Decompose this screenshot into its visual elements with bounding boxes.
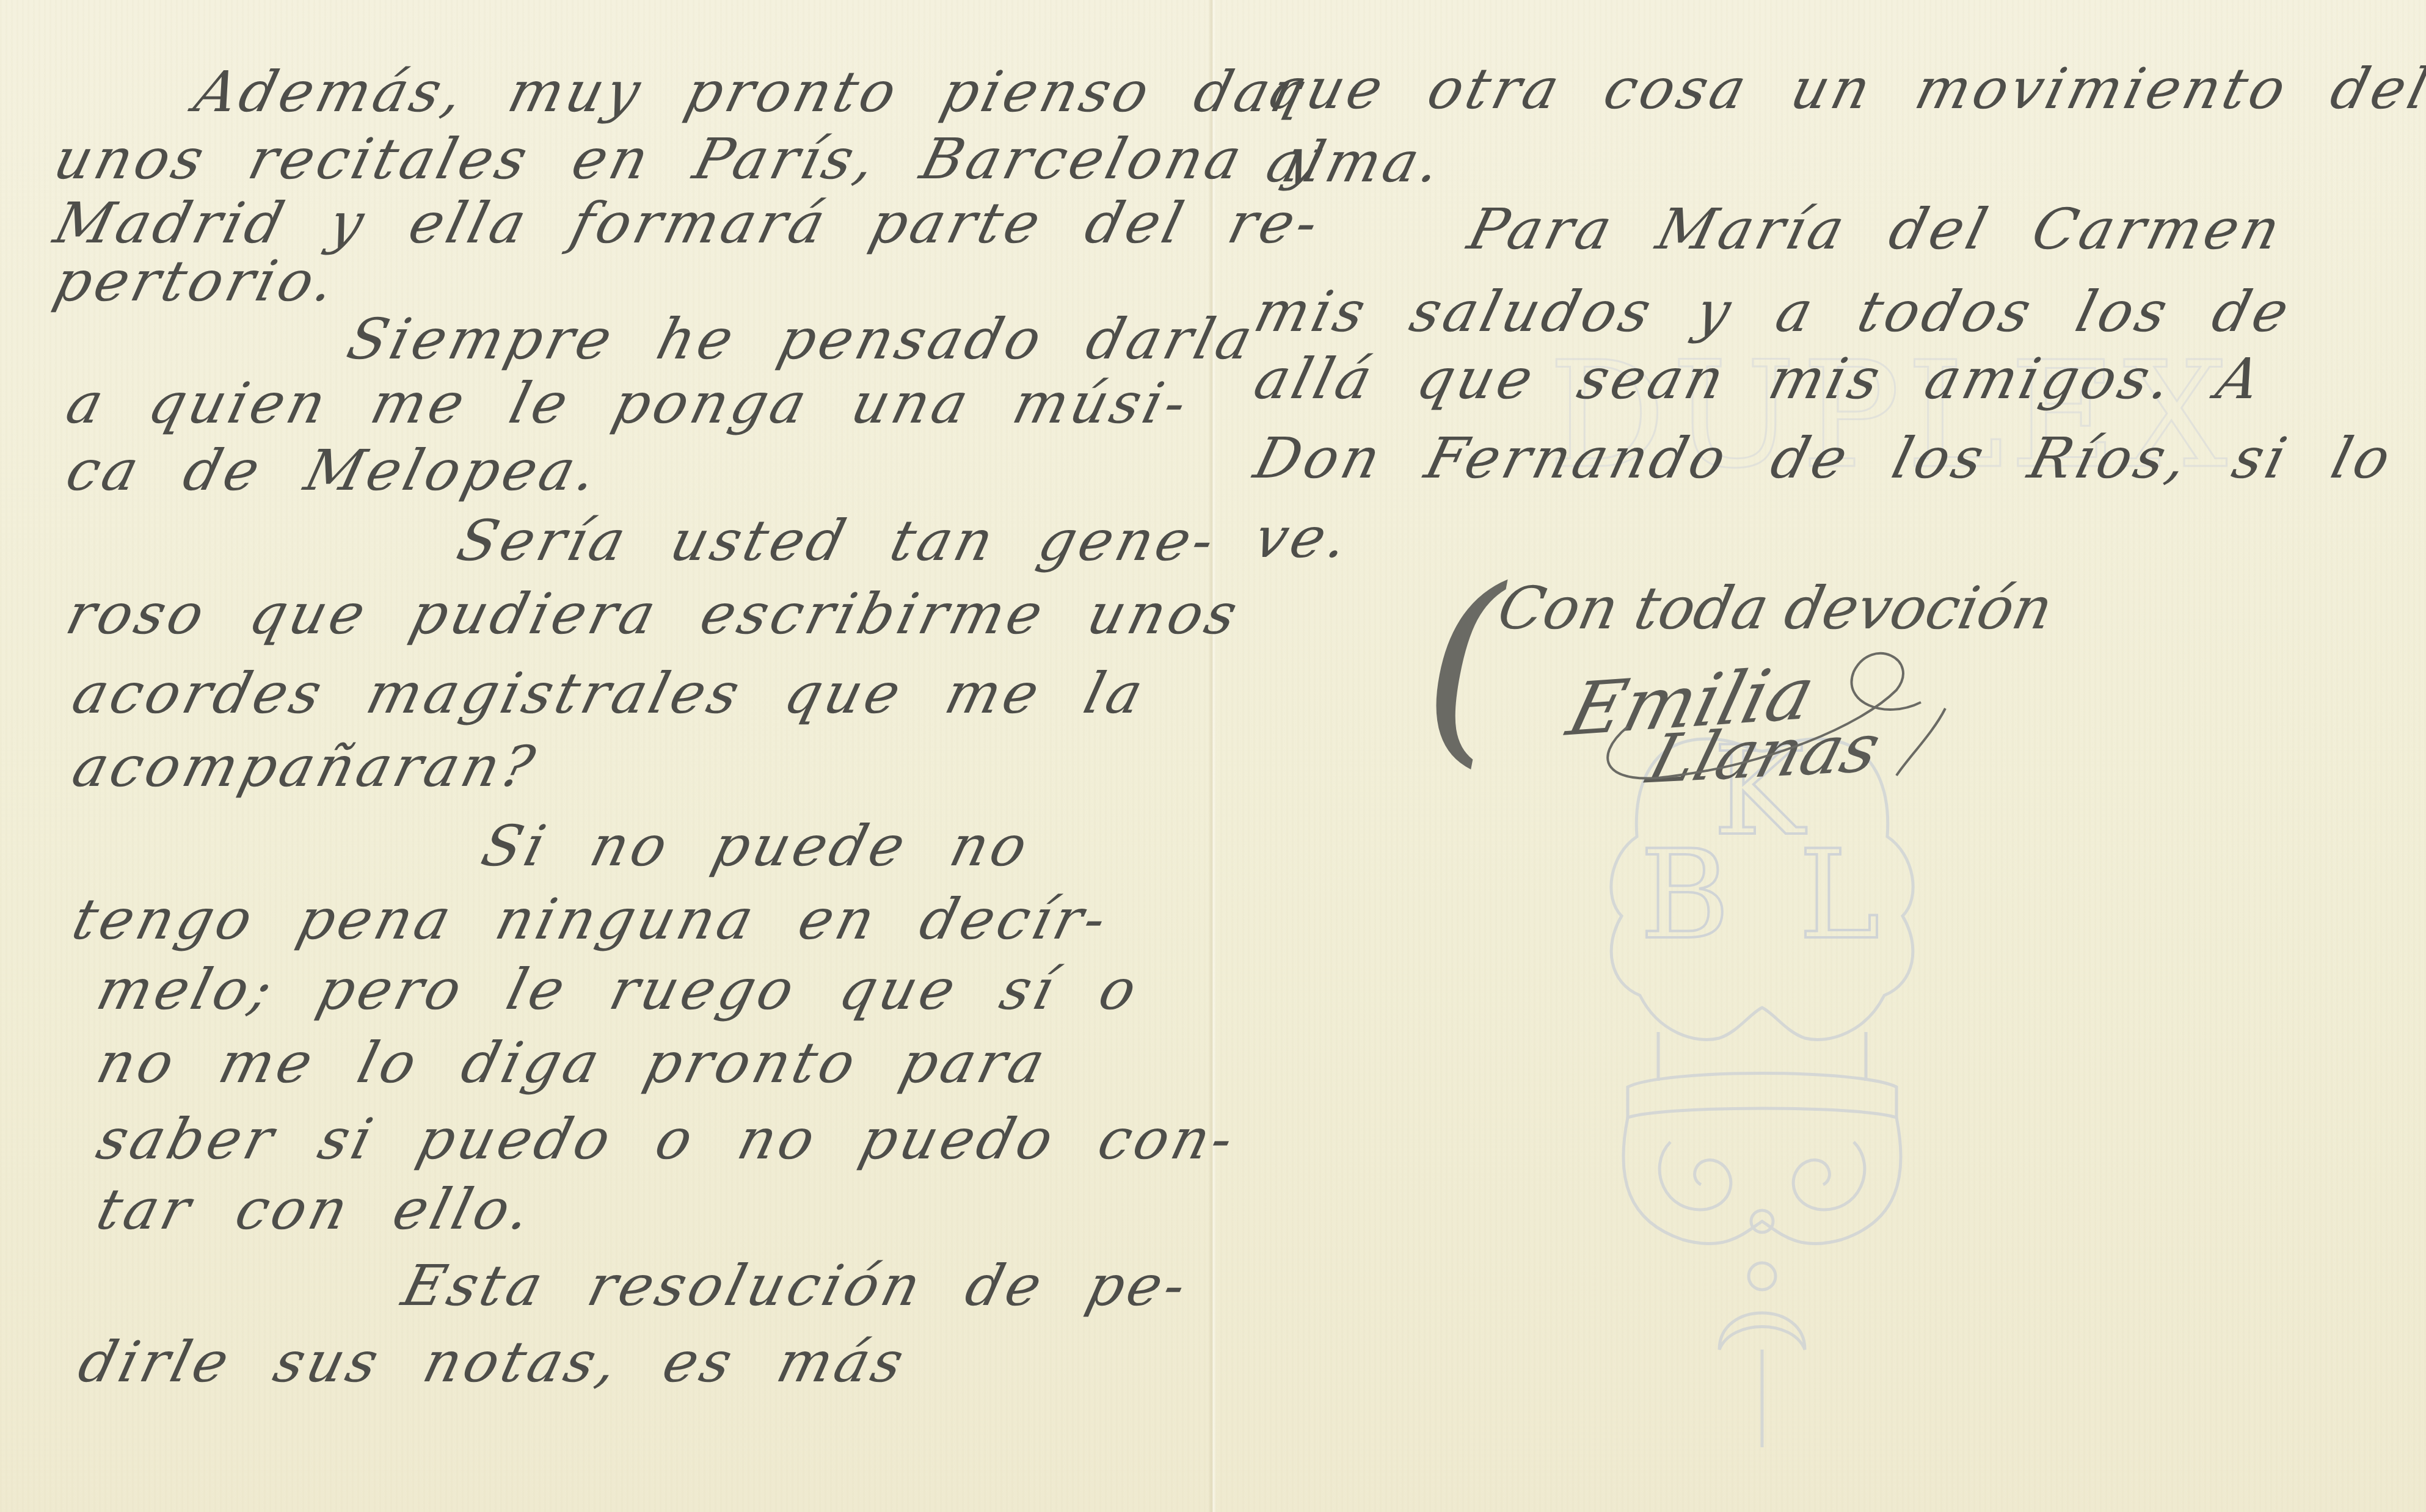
text-line: Para María del Carmen (1463, 202, 2289, 258)
text-line: Don Fernando de los Ríos, si lo (1249, 431, 2399, 487)
text-line: mis saludos y a todos los de (1249, 284, 2298, 340)
text-line: Además, muy pronto pienso dar (189, 64, 1310, 120)
text-line: ve. (1249, 510, 1357, 566)
text-line: acordes magistrales que me la (67, 666, 1151, 722)
text-line: alma. (1261, 134, 1450, 191)
text-line: no me lo diga pronto para (92, 1035, 1054, 1091)
text-line: Madrid y ella formará parte del re- (49, 195, 1327, 252)
right-page: DUPLEX K B L que otra cosa un movimiento… (1212, 0, 2426, 1512)
text-line: dirle sus notas, es más (73, 1334, 912, 1390)
text-line: roso que pudiera escribirme unos (61, 586, 1246, 642)
text-line: saber si puedo o no puedo con- (92, 1111, 1242, 1168)
text-line: a quien me le ponga una músi- (61, 376, 1195, 432)
signature-flourish-icon (1554, 635, 1982, 794)
text-line: ca de Melopea. (61, 443, 606, 499)
watermark-letter-l: L (1799, 824, 1880, 967)
text-line: unos recitales en París, Barcelona y (49, 131, 1330, 187)
text-line: allá que sean mis amigos. A (1249, 351, 2270, 407)
text-line: tengo pena ninguna en decír- (67, 892, 1115, 948)
text-line: Si no puede no (476, 818, 1036, 874)
text-line: Siempre he pensado darla (342, 311, 1261, 368)
text-line: melo; pero le ruego que sí o (92, 962, 1145, 1018)
watermark-letter-b: B (1640, 824, 1730, 967)
text-line: Esta resolución de pe- (397, 1258, 1195, 1314)
text-line: que otra cosa un movimiento del (1261, 61, 2426, 117)
closing-line: Con toda devoción (1492, 574, 2058, 642)
text-line: Sería usted tan gene- (452, 513, 1223, 569)
text-line: tar con ello. (92, 1182, 540, 1238)
text-line: pertorio. (49, 253, 344, 310)
closing-flourish-c: ( (1423, 562, 1504, 769)
left-page: Además, muy pronto pienso dar unos recit… (0, 0, 1212, 1512)
text-line: acompañaran? (67, 739, 543, 795)
